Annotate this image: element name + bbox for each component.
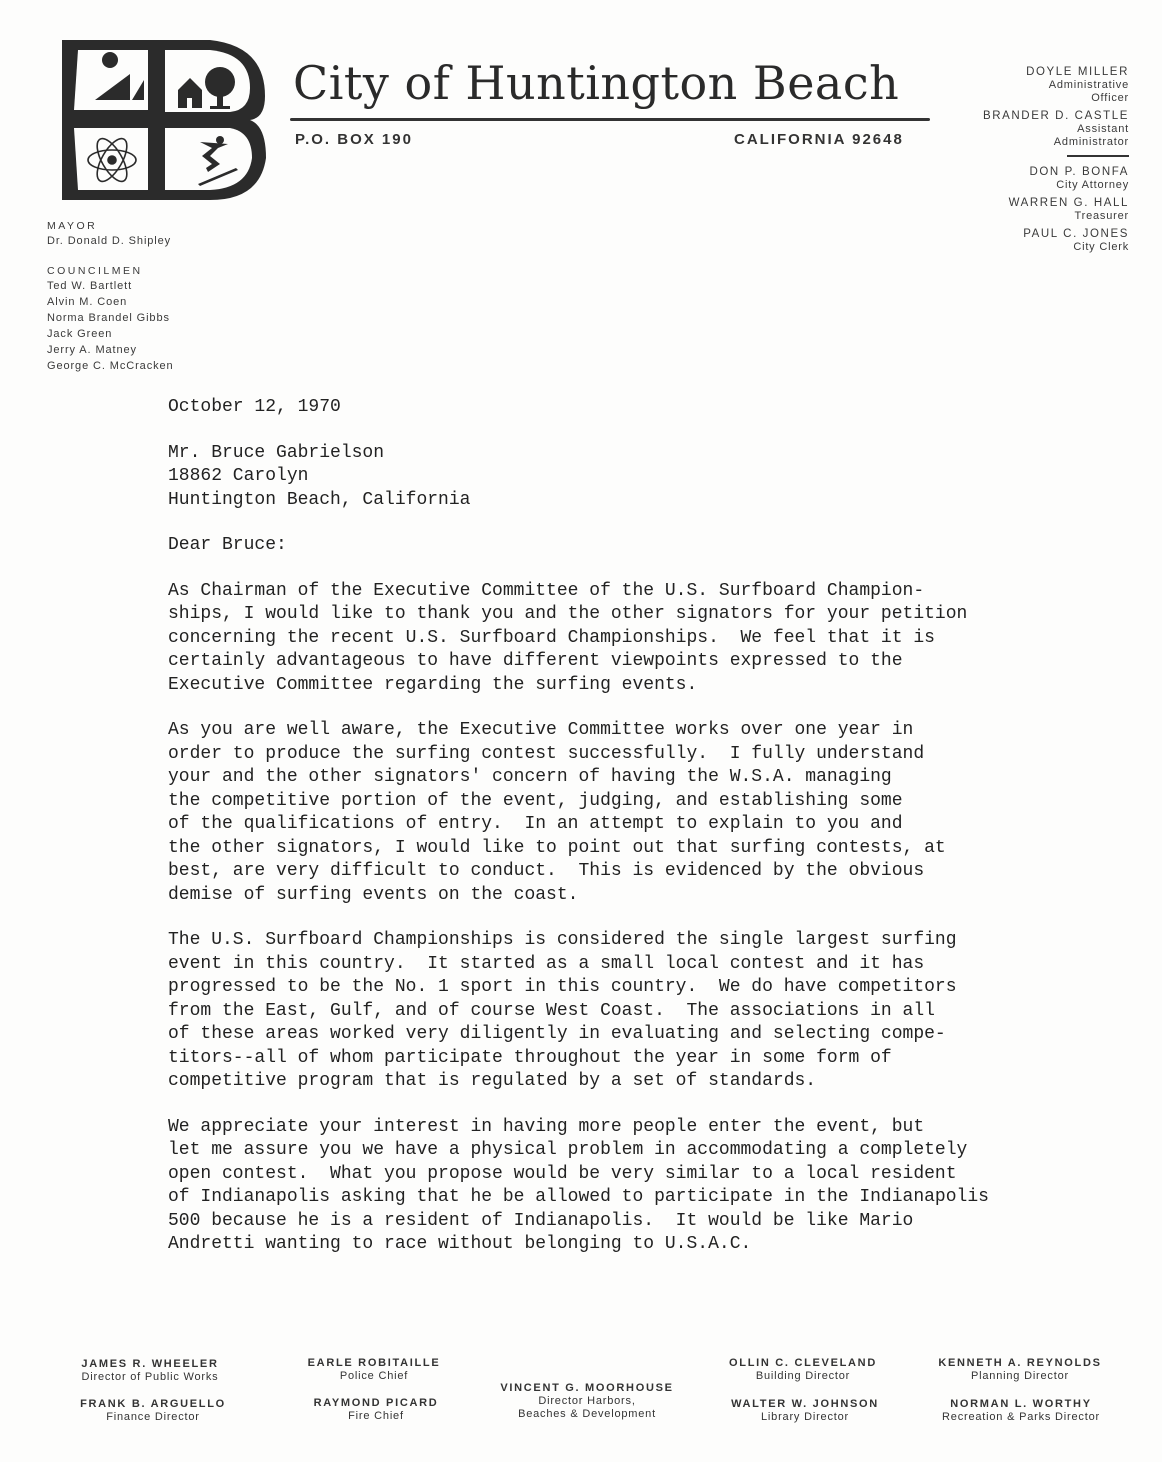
officer-name: BRANDER D. CASTLE (909, 110, 1129, 123)
paragraph-line: Andretti wanting to race without belongi… (168, 1233, 1068, 1257)
letter-paragraphs: As Chairman of the Executive Committee o… (168, 580, 1068, 1257)
mayor-name: Dr. Donald D. Shipley (47, 233, 174, 249)
letter-body: October 12, 1970 Mr. Bruce Gabrielson 18… (168, 396, 1068, 1279)
staff-title: Library Director (685, 1411, 925, 1424)
officer-name: DON P. BONFA (909, 166, 1129, 179)
paragraph-line: ships, I would like to thank you and the… (168, 603, 1068, 627)
paragraph-line: let me assure you we have a physical pro… (168, 1139, 1068, 1163)
staff-entry: EARLE ROBITAILLEPolice Chief (254, 1357, 494, 1383)
staff-title: Recreation & Parks Director (901, 1411, 1141, 1424)
city-title: City of Huntington Beach (293, 56, 899, 110)
state-zip: CALIFORNIA 92648 (734, 131, 904, 148)
paragraph-line: event in this country. It started as a s… (168, 953, 1068, 977)
paragraph-line: certainly advantageous to have different… (168, 650, 1068, 674)
paragraph-line: 500 because he is a resident of Indianap… (168, 1210, 1068, 1234)
officer-entry: BRANDER D. CASTLE Assistant Administrato… (909, 110, 1129, 149)
paragraph-line: The U.S. Surfboard Championships is cons… (168, 929, 1068, 953)
officer-title: Treasurer (909, 210, 1129, 223)
paragraph-line: titors--all of whom participate througho… (168, 1047, 1068, 1071)
councilman-name: Jack Green (47, 326, 174, 342)
letter-paragraph: The U.S. Surfboard Championships is cons… (168, 929, 1068, 1094)
recipient-address: Mr. Bruce Gabrielson 18862 Carolyn Hunti… (168, 442, 1068, 513)
city-logo (60, 38, 270, 202)
masthead-divider (290, 118, 930, 121)
staff-name: EARLE ROBITAILLE (254, 1357, 494, 1370)
mayor-heading: MAYOR (47, 220, 174, 233)
salutation: Dear Bruce: (168, 534, 1068, 558)
paragraph-line: Executive Committee regarding the surfin… (168, 674, 1068, 698)
po-box: P.O. BOX 190 (295, 131, 413, 148)
staff-name: VINCENT G. MOORHOUSE (467, 1382, 707, 1395)
officer-entry: WARREN G. HALL Treasurer (909, 197, 1129, 223)
paragraph-line: of Indianapolis asking that he be allowe… (168, 1186, 1068, 1210)
paragraph-line: the other signators, I would like to poi… (168, 837, 1068, 861)
paragraph-line: your and the other signators' concern of… (168, 766, 1068, 790)
councilman-name: Alvin M. Coen (47, 294, 174, 310)
paragraph-line: order to produce the surfing contest suc… (168, 743, 1068, 767)
paragraph-line: of these areas worked very diligently in… (168, 1023, 1068, 1047)
officer-title: Officer (909, 92, 1129, 105)
staff-name: WALTER W. JOHNSON (685, 1398, 925, 1411)
paragraph-line: of the qualifications of entry. In an at… (168, 813, 1068, 837)
staff-title: Director of Public Works (30, 1371, 270, 1384)
letter-paragraph: As you are well aware, the Executive Com… (168, 719, 1068, 907)
staff-entry: OLLIN C. CLEVELANDBuilding Director (683, 1357, 923, 1383)
officer-title: Administrative (909, 79, 1129, 92)
officer-title: City Attorney (909, 179, 1129, 192)
letter-paragraph: We appreciate your interest in having mo… (168, 1116, 1068, 1257)
staff-entry: NORMAN L. WORTHYRecreation & Parks Direc… (901, 1398, 1141, 1424)
paragraph-line: demise of surfing events on the coast. (168, 884, 1068, 908)
staff-name: JAMES R. WHEELER (30, 1358, 270, 1371)
officers-divider (1067, 155, 1129, 157)
officer-title: Administrator (909, 136, 1129, 149)
paragraph-line: concerning the recent U.S. Surfboard Cha… (168, 627, 1068, 651)
staff-entry: WALTER W. JOHNSONLibrary Director (685, 1398, 925, 1424)
officer-entry: PAUL C. JONES City Clerk (909, 228, 1129, 254)
officers-list: DOYLE MILLER Administrative Officer BRAN… (909, 66, 1129, 259)
officer-entry: DON P. BONFA City Attorney (909, 166, 1129, 192)
paragraph-line: We appreciate your interest in having mo… (168, 1116, 1068, 1140)
staff-entry: RAYMOND PICARDFire Chief (256, 1397, 496, 1423)
paragraph-line: the competitive portion of the event, ju… (168, 790, 1068, 814)
address-line: 18862 Carolyn (168, 465, 1068, 489)
paragraph-line: As Chairman of the Executive Committee o… (168, 580, 1068, 604)
council-list: MAYOR Dr. Donald D. Shipley COUNCILMEN T… (47, 220, 174, 374)
staff-name: RAYMOND PICARD (256, 1397, 496, 1410)
staff-title: Finance Director (33, 1411, 273, 1424)
staff-title: Planning Director (900, 1370, 1140, 1383)
staff-entry: VINCENT G. MOORHOUSEDirector Harbors,Bea… (467, 1382, 707, 1421)
paragraph-line: from the East, Gulf, and of course West … (168, 1000, 1068, 1024)
staff-title: Building Director (683, 1370, 923, 1383)
paragraph-line: open contest. What you propose would be … (168, 1163, 1068, 1187)
staff-name: NORMAN L. WORTHY (901, 1398, 1141, 1411)
staff-name: OLLIN C. CLEVELAND (683, 1357, 923, 1370)
staff-title: Police Chief (254, 1370, 494, 1383)
staff-entry: JAMES R. WHEELERDirector of Public Works (30, 1358, 270, 1384)
officer-name: PAUL C. JONES (909, 228, 1129, 241)
staff-title: Beaches & Development (467, 1408, 707, 1421)
officer-title: City Clerk (909, 241, 1129, 254)
councilman-name: Norma Brandel Gibbs (47, 310, 174, 326)
staff-entry: KENNETH A. REYNOLDSPlanning Director (900, 1357, 1140, 1383)
staff-name: KENNETH A. REYNOLDS (900, 1357, 1140, 1370)
paragraph-line: competitive program that is regulated by… (168, 1070, 1068, 1094)
letter-date: October 12, 1970 (168, 396, 1068, 420)
paragraph-line: best, are very difficult to conduct. Thi… (168, 860, 1068, 884)
councilman-name: Ted W. Bartlett (47, 278, 174, 294)
staff-title: Fire Chief (256, 1410, 496, 1423)
staff-name: FRANK B. ARGUELLO (33, 1398, 273, 1411)
staff-entry: FRANK B. ARGUELLOFinance Director (33, 1398, 273, 1424)
address-line: Mr. Bruce Gabrielson (168, 442, 1068, 466)
councilman-name: Jerry A. Matney (47, 342, 174, 358)
paragraph-line: progressed to be the No. 1 sport in this… (168, 976, 1068, 1000)
officer-title: Assistant (909, 123, 1129, 136)
councilman-name: George C. McCracken (47, 358, 174, 374)
officer-name: WARREN G. HALL (909, 197, 1129, 210)
staff-title: Director Harbors, (467, 1395, 707, 1408)
officer-entry: DOYLE MILLER Administrative Officer (909, 66, 1129, 105)
letter-paragraph: As Chairman of the Executive Committee o… (168, 580, 1068, 698)
paragraph-line: As you are well aware, the Executive Com… (168, 719, 1068, 743)
councilmen-heading: COUNCILMEN (47, 265, 174, 278)
address-line: Huntington Beach, California (168, 489, 1068, 513)
officer-name: DOYLE MILLER (909, 66, 1129, 79)
